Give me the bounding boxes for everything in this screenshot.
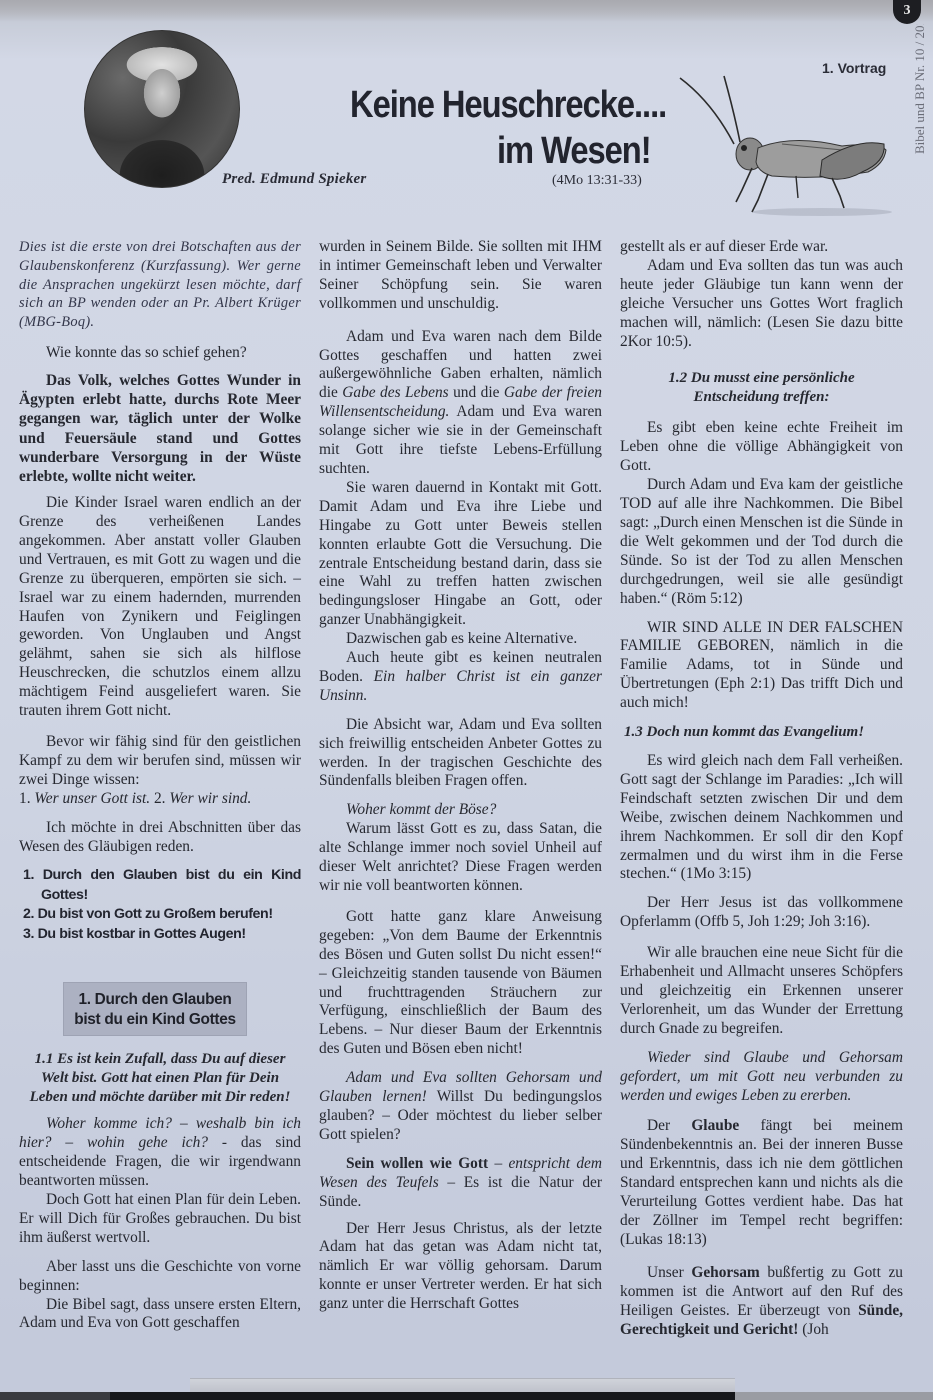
article-column-2: wurden in Seinem Bilde. Sie sollten mit … [319, 238, 602, 1322]
page-bottom-edge [190, 1378, 735, 1392]
question-heading: Wie konnte das so schief gehen? [19, 344, 301, 363]
paragraph: Der Herr Jesus ist das vollkommene Opfer… [620, 894, 903, 932]
paragraph: WIR SIND ALLE IN DER FALSCHEN FAMILIE GE… [620, 619, 903, 714]
text: Unser [647, 1264, 691, 1281]
page-title-line-2: im Wesen! [497, 130, 651, 173]
paragraph: Durch Adam und Eva kam der geistliche TO… [620, 476, 903, 608]
emphasis-text: Wer wir sind. [169, 790, 251, 807]
subsection-heading-line: Entscheidung treffen: [620, 388, 903, 407]
paragraph: wurden in Seinem Bilde. Sie sollten mit … [319, 238, 602, 314]
paragraph: Aber lasst uns die Geschichte von vorne … [19, 1258, 301, 1296]
number-label: 2. [150, 790, 169, 807]
bold-lead-paragraph: Das Volk, welches Gottes Wunder in Ägypt… [19, 371, 301, 486]
bold-text: Sein wollen wie Gott [346, 1155, 488, 1172]
section-heading-line: 1. Durch den Glauben [64, 990, 246, 1010]
author-portrait-image [84, 30, 240, 188]
text: und die [449, 384, 504, 401]
paragraph: Adam und Eva sollten Gehorsam und Glaube… [319, 1069, 602, 1145]
paragraph: Es wird gleich nach dem Fall verheißen. … [620, 752, 903, 884]
paragraph: Ich möchte in drei Abschnitten über das … [19, 819, 301, 857]
subsection-heading-1-1: 1.1 Es ist kein Zufall, dass Du auf dies… [19, 1050, 301, 1107]
paragraph: Sein wollen wie Gott – entspricht dem We… [319, 1155, 602, 1212]
paragraph: Die Bibel sagt, dass unsere ersten Elter… [19, 1296, 301, 1334]
paragraph: Auch heute gibt es keinen neutralen Bode… [319, 649, 602, 706]
paragraph: Die Absicht war, Adam und Eva sollten si… [319, 716, 602, 792]
paragraph: Die Kinder Israel waren endlich an der G… [19, 494, 301, 721]
article-column-1: Dies ist die erste von drei Botschaften … [19, 238, 301, 1341]
page-top-shadow [0, 0, 933, 22]
subsection-heading-1-2: 1.2 Du musst eine persönliche Entscheidu… [620, 369, 903, 407]
text: (Joh [798, 1321, 828, 1338]
subsection-heading-line: 1.2 Du musst eine persönliche [620, 369, 903, 388]
outline-item: 1. Durch den Glauben bist du ein Kind Go… [23, 866, 301, 905]
paragraph: Wir alle brauchen eine neue Sicht für di… [620, 944, 903, 1039]
paragraph: Doch Gott hat einen Plan für dein Leben.… [19, 1191, 301, 1248]
paragraph: Gott hatte ganz klare Anweisung gegeben:… [319, 908, 602, 1059]
outline-item: 3. Du bist kostbar in Gottes Augen! [23, 925, 301, 945]
subsection-heading-1-3: 1.3 Doch nun kommt das Evangelium! [624, 723, 903, 742]
number-label: 1. [19, 790, 34, 807]
paragraph: Es gibt eben keine echte Freiheit im Leb… [620, 419, 903, 476]
paragraph: Unser Gehorsam bußfertig zu Gott zu komm… [620, 1264, 903, 1340]
scripture-reference: (4Mo 13:31-33) [552, 173, 642, 189]
paragraph: Warum lässt Gott es zu, dass Satan, die … [319, 820, 602, 896]
author-name: Pred. Edmund Spieker [222, 171, 366, 188]
section-heading-line: bist du ein Kind Gottes [64, 1010, 246, 1030]
page-bottom-shadow [0, 1392, 933, 1400]
text: Der [647, 1117, 691, 1134]
paragraph: Der Herr Jesus Christus, als der letzte … [319, 1220, 602, 1315]
two-things-line: 1. Wer unser Gott ist. 2. Wer wir sind. [19, 790, 301, 809]
intro-note: Dies ist die erste von drei Botschaften … [19, 238, 301, 332]
paragraph: Sie waren dauernd in Kontakt mit Gott. D… [319, 479, 602, 630]
bold-text: Glaube [691, 1117, 739, 1134]
paragraph: Woher komme ich? – weshalb bin ich hier?… [19, 1115, 301, 1191]
paragraph: Bevor wir fähig sind für den geistlichen… [19, 733, 301, 790]
paragraph: Adam und Eva waren nach dem Bilde Gottes… [319, 328, 602, 479]
article-column-3: gestellt als er auf dieser Erde war. Ada… [620, 238, 903, 1347]
grasshopper-image [672, 72, 894, 222]
outline-list: 1. Durch den Glauben bist du ein Kind Go… [23, 866, 301, 944]
paragraph: Dazwischen gab es keine Alternative. [319, 630, 602, 649]
outline-item: 2. Du bist von Gott zu Großem berufen! [23, 905, 301, 925]
page-title-line-1: Keine Heuschrecke.... [350, 84, 666, 127]
paragraph: Adam und Eva sollten das tun was auch he… [620, 257, 903, 352]
emphasis-text: Wer unser Gott ist. [34, 790, 150, 807]
emphasis-text: Gabe des Lebens [342, 384, 448, 401]
side-strip-text: Bibel und BP Nr. 10 / 2019 [912, 24, 933, 154]
emphasis-paragraph: Wieder sind Glaube und Gehorsam geforder… [620, 1049, 903, 1106]
paragraph: Der Glaube fängt bei meinem Sündenbekenn… [620, 1117, 903, 1249]
text: fängt bei meinem Sündenbekenntnis an. Be… [620, 1117, 903, 1247]
paragraph: gestellt als er auf dieser Erde war. [620, 238, 903, 257]
question-heading: Woher kommt der Böse? [319, 801, 602, 820]
bold-text: Gehorsam [691, 1264, 759, 1281]
section-heading-box: 1. Durch den Glauben bist du ein Kind Go… [63, 982, 247, 1036]
